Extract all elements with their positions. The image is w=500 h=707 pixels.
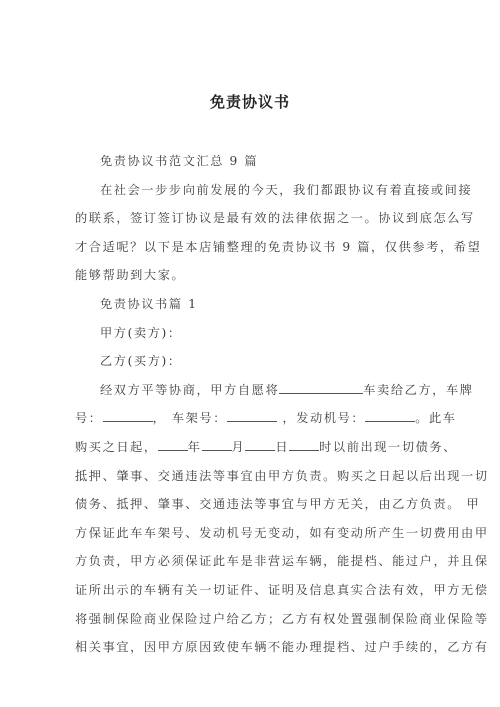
document-page: 免责协议书 免责协议书范文汇总 9 篇 在社会一步步向前发展的今天，我们都跟协议… — [0, 0, 500, 707]
intro-line: 能够帮助到大家。 — [75, 261, 427, 290]
clause-line: 将强制保险商业保险过户给乙方；乙方有权处置强制保险商业保险等 — [75, 605, 427, 634]
party-a-label: 甲方(卖方)： — [75, 319, 427, 348]
plate-number-blank — [103, 410, 153, 422]
party-b-label: 乙方(买方)： — [75, 347, 427, 376]
clause-line: 号：， 车架号： ，发动机号：。此车 — [75, 404, 427, 433]
clause-text: 日 — [275, 440, 289, 454]
clause-text: 车卖给乙方，车牌 — [363, 383, 473, 397]
clause-line: 方负责，甲方必须保证此车是非营运车辆，能提档、能过户，并且保 — [75, 547, 427, 576]
clause-text: 号： — [75, 411, 103, 425]
document-subtitle: 免责协议书范文汇总 9 篇 — [75, 147, 427, 176]
clause-line: 证所出示的车辆有关一切证件、证明及信息真实合法有效，甲方无偿 — [75, 576, 427, 605]
section-heading: 免责协议书篇 1 — [75, 290, 427, 319]
intro-line: 的联系，签订签订协议是最有效的法律依据之一。协议到底怎么写 — [75, 204, 427, 233]
document-title: 免责协议书 — [0, 91, 500, 112]
intro-line: 才合适呢？以下是本店铺整理的免责协议书 9 篇，仅供参考，希望 — [75, 233, 427, 262]
clause-text: 经双方平等协商，甲方自愿将 — [100, 383, 279, 397]
year-blank — [158, 439, 188, 451]
clause-line: 购买之日起，年月日时以前出现一切债务、 — [75, 433, 427, 462]
clause-text: 时以前出现一切债务、 — [319, 440, 457, 454]
clause-text: ， 车架号： — [153, 411, 227, 425]
frame-number-blank — [227, 410, 277, 422]
clause-text: ，发动机号： — [277, 411, 365, 425]
intro-line: 在社会一步步向前发展的今天，我们都跟协议有着直接或间接 — [75, 176, 427, 205]
day-blank — [245, 439, 275, 451]
clause-line: 抵押、肇事、交通违法等事宜由甲方负责。购买之日起以后出现一切 — [75, 462, 427, 491]
month-blank — [202, 439, 232, 451]
vehicle-blank — [279, 382, 363, 394]
clause-text: 购买之日起， — [75, 440, 158, 454]
clause-text: 年 — [188, 440, 202, 454]
clause-line: 方保证此车车架号、发动机号无变动，如有变动所产生一切费用由甲 — [75, 519, 427, 548]
clause-line: 经双方平等协商，甲方自愿将车卖给乙方，车牌 — [75, 376, 427, 405]
hour-blank — [289, 439, 319, 451]
clause-text: 月 — [232, 440, 246, 454]
clause-line: 债务、抵押、肇事、交通违法等事宜与甲方无关，由乙方负责。 甲 — [75, 490, 427, 519]
engine-number-blank — [365, 410, 415, 422]
clause-text: 。此车 — [415, 411, 456, 425]
clause-line: 相关事宜，因甲方原因致使车辆不能办理提档、过户手续的，乙方有 — [75, 633, 427, 662]
document-body: 免责协议书范文汇总 9 篇 在社会一步步向前发展的今天，我们都跟协议有着直接或间… — [75, 147, 427, 662]
